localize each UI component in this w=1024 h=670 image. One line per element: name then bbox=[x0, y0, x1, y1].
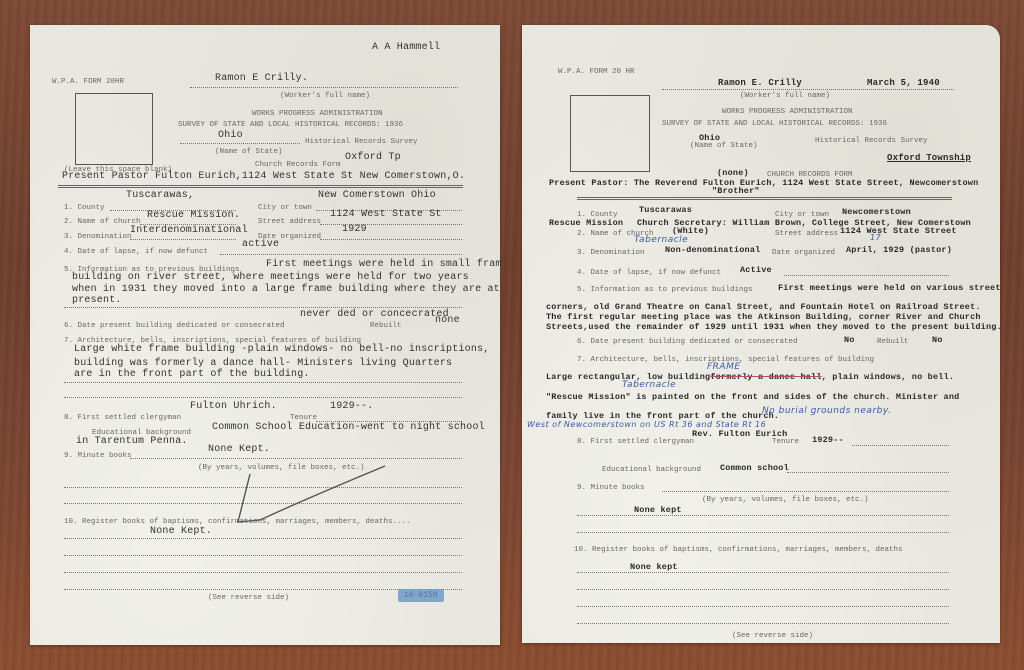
worker-name: Ramon E Crilly. bbox=[215, 74, 308, 84]
denomination-value: Interdenominational bbox=[130, 226, 248, 236]
tenure-value: 1929--. bbox=[330, 402, 373, 412]
survey-name: Historical Records Survey bbox=[815, 136, 928, 146]
date-value: March 5, 1940 bbox=[867, 78, 940, 88]
form-name: Church Records Form bbox=[255, 160, 341, 170]
city-value: New Comerstown Ohio bbox=[318, 191, 436, 201]
architecture-struck-text: formerly a dance hall bbox=[710, 372, 821, 382]
previous-line-1: First meetings were held on various stre… bbox=[778, 283, 1001, 293]
previous-line-2: building on river street, where meetings… bbox=[72, 273, 469, 283]
rebuilt-value: none bbox=[435, 316, 460, 326]
architecture-line-1: Large white frame building -plain window… bbox=[74, 345, 489, 355]
lapse-line bbox=[784, 275, 949, 276]
denomination-label: 3. Denomination bbox=[64, 232, 132, 242]
left-form-page: A A Hammell W.P.A. FORM 20HR Ramon E Cri… bbox=[30, 25, 500, 645]
education-line bbox=[787, 472, 949, 473]
education-line-2: in Tarentum Penna. bbox=[76, 437, 188, 447]
lapse-label: 4. Date of lapse, if now defunct bbox=[64, 247, 208, 257]
previous-line-1: First meetings were held in small fram bbox=[266, 260, 502, 270]
register-dots-3 bbox=[64, 572, 462, 573]
state-value: Ohio bbox=[218, 131, 243, 141]
minute-line bbox=[130, 458, 462, 459]
previous-label: 5. Information as to previous buildings bbox=[577, 285, 753, 295]
rescue-mission-note: Rescue Mission bbox=[549, 218, 623, 228]
education-value: Common school bbox=[720, 463, 789, 473]
header-rule bbox=[577, 197, 952, 198]
register-value: None kept bbox=[630, 562, 678, 572]
street-value: 1124 West State St bbox=[330, 210, 442, 220]
city-value: Newcomerstown bbox=[842, 207, 911, 217]
brother-note: "Brother" bbox=[712, 186, 760, 196]
organized-line bbox=[320, 239, 462, 240]
township: Oxford Tp bbox=[345, 153, 401, 163]
architecture-line-2: "Rescue Mission" is painted on the front… bbox=[546, 392, 959, 402]
handwritten-tabernacle: Tabernacle bbox=[634, 235, 688, 245]
denomination-value: Non-denominational bbox=[665, 245, 760, 255]
register-value: None Kept. bbox=[150, 527, 212, 537]
register-label: 10. Register books of baptisms, confirma… bbox=[64, 517, 411, 527]
tenure-label: Tenure bbox=[772, 437, 799, 447]
state-label: (Name of State) bbox=[215, 147, 283, 157]
previous-line-3: The first regular meeting place was the … bbox=[546, 312, 981, 322]
handwritten-day: 17 bbox=[870, 233, 881, 242]
previous-line-4: Streets,used the remainder of 1929 until… bbox=[546, 322, 1002, 332]
header-rule bbox=[58, 185, 463, 186]
top-right-name: A A Hammell bbox=[372, 43, 440, 53]
street-label: Street address bbox=[775, 229, 838, 239]
previous-line-4: present. bbox=[72, 296, 122, 306]
education-line-1: Common School Education-went to night sc… bbox=[212, 423, 485, 433]
register-dots-4 bbox=[577, 623, 949, 624]
handwritten-no-burial-grounds: No burial grounds nearby. bbox=[762, 406, 891, 416]
clergyman-label: 8. First settled clergyman bbox=[577, 437, 694, 447]
street-value: 1124 West State Street bbox=[840, 226, 957, 236]
architecture-line-3: are in the front part of the building. bbox=[74, 370, 310, 380]
denomination-label: 3. Denomination bbox=[577, 248, 645, 258]
county-value: Tuscarawas bbox=[639, 205, 692, 215]
blue-stamp: 16-8150 bbox=[398, 589, 444, 602]
dedicated-label: 6. Date present building dedicated or co… bbox=[64, 321, 285, 331]
dedicated-value: never ded or concecrated bbox=[300, 310, 449, 320]
architecture-part-c: , plain windows, no bell. bbox=[822, 372, 955, 382]
worker-name: Ramon E. Crilly bbox=[718, 78, 802, 88]
church-value: Rescue Mission. bbox=[147, 211, 240, 221]
tenure-value: 1929-- bbox=[812, 435, 844, 445]
street-label: Street address bbox=[258, 217, 321, 227]
previous-line-3: when in 1931 they moved into a large fra… bbox=[72, 285, 500, 295]
worker-name-line bbox=[190, 87, 458, 88]
form-number: W.P.A. FORM 20 HR bbox=[558, 67, 635, 77]
dedicated-value: No bbox=[844, 335, 855, 345]
city-label: City or town bbox=[258, 203, 312, 213]
state-label: (Name of State) bbox=[690, 141, 758, 151]
reverse-side-note: (See reverse side) bbox=[208, 593, 289, 603]
register-dots-1 bbox=[64, 538, 462, 539]
minute-value: None Kept. bbox=[208, 445, 270, 455]
organized-value: 1929 bbox=[342, 225, 367, 235]
architecture-dots bbox=[64, 382, 462, 383]
worker-label: (Worker's full name) bbox=[740, 91, 830, 101]
none-note: (none) bbox=[717, 168, 749, 178]
register-label: 10. Register books of baptisms, confirma… bbox=[574, 545, 903, 555]
worker-label: (Worker's full name) bbox=[280, 91, 370, 101]
previous-line-dots bbox=[64, 307, 462, 308]
survey-title: SURVEY OF STATE AND LOCAL HISTORICAL REC… bbox=[662, 119, 887, 129]
register-dots-1 bbox=[577, 572, 949, 573]
lapse-value: Active bbox=[740, 265, 772, 275]
handwritten-frame: FRAME bbox=[707, 362, 741, 372]
agency-title: WORKS PROGRESS ADMINISTRATION bbox=[722, 107, 853, 117]
previous-line-2: corners, old Grand Theatre on Canal Stre… bbox=[546, 302, 981, 312]
minute-hint: (By years, volumes, file boxes, etc.) bbox=[702, 495, 869, 505]
township: Oxford Township bbox=[887, 153, 971, 163]
lapse-label: 4. Date of lapse, if now defunct bbox=[577, 268, 721, 278]
dedicated-label: 6. Date present building dedicated or co… bbox=[577, 337, 798, 347]
clergyman-value: Fulton Uhrich. bbox=[190, 402, 277, 412]
register-dots-2 bbox=[577, 589, 949, 590]
header-rule-2 bbox=[577, 199, 952, 200]
register-dots-2 bbox=[64, 555, 462, 556]
clergyman-label: 8. First settled clergyman bbox=[64, 413, 181, 423]
minute-dots-1 bbox=[577, 515, 949, 516]
county-value: Tuscarawas, bbox=[126, 191, 194, 201]
education-label: Educational background bbox=[602, 465, 701, 475]
present-pastor: Present Pastor: The Reverend Fulton Euri… bbox=[549, 178, 978, 188]
county-label: 1. County bbox=[64, 203, 105, 213]
organized-value: April, 1929 (pastor) bbox=[846, 245, 952, 255]
architecture-line-2: building was formerly a dance hall- Mini… bbox=[74, 359, 452, 369]
minute-value: None kept bbox=[634, 505, 682, 515]
state-line bbox=[180, 143, 300, 144]
minute-label: 9. Minute books bbox=[64, 451, 132, 461]
photo-box bbox=[75, 93, 153, 165]
lapse-line bbox=[220, 254, 462, 255]
minute-line bbox=[662, 491, 949, 492]
present-pastor: Present Pastor Fulton Eurich,1124 West S… bbox=[62, 172, 465, 182]
register-dots-3 bbox=[577, 606, 949, 607]
survey-title: SURVEY OF STATE AND LOCAL HISTORICAL REC… bbox=[178, 120, 403, 130]
tenure-line bbox=[852, 445, 949, 446]
photo-box bbox=[570, 95, 650, 172]
survey-name: Historical Records Survey bbox=[305, 137, 418, 147]
right-form-page: W.P.A. FORM 20 HR Ramon E. Crilly March … bbox=[522, 25, 1000, 643]
minute-dots-2 bbox=[577, 532, 949, 533]
organized-label: Date organized bbox=[772, 248, 835, 258]
reverse-side-note: (See reverse side) bbox=[732, 631, 813, 641]
form-number: W.P.A. FORM 20HR bbox=[52, 77, 124, 87]
minute-label: 9. Minute books bbox=[577, 483, 645, 493]
rebuilt-label: Rebuilt bbox=[877, 337, 909, 347]
handwritten-tabernacle-2: Tabernacle bbox=[622, 380, 676, 390]
rebuilt-label: Rebuilt bbox=[370, 321, 402, 331]
worker-name-line bbox=[662, 89, 954, 90]
denomination-line bbox=[130, 239, 236, 240]
handwritten-location: West of Newcomerstown on US Rt 36 and St… bbox=[527, 420, 766, 429]
agency-title: WORKS PROGRESS ADMINISTRATION bbox=[252, 109, 383, 119]
architecture-dots-2 bbox=[64, 397, 462, 398]
architecture-line-1: Large rectangular, low buildingformerly … bbox=[546, 372, 954, 382]
lapse-value: active bbox=[242, 240, 279, 250]
rebuilt-value: No bbox=[932, 335, 943, 345]
header-rule-2 bbox=[58, 187, 463, 188]
